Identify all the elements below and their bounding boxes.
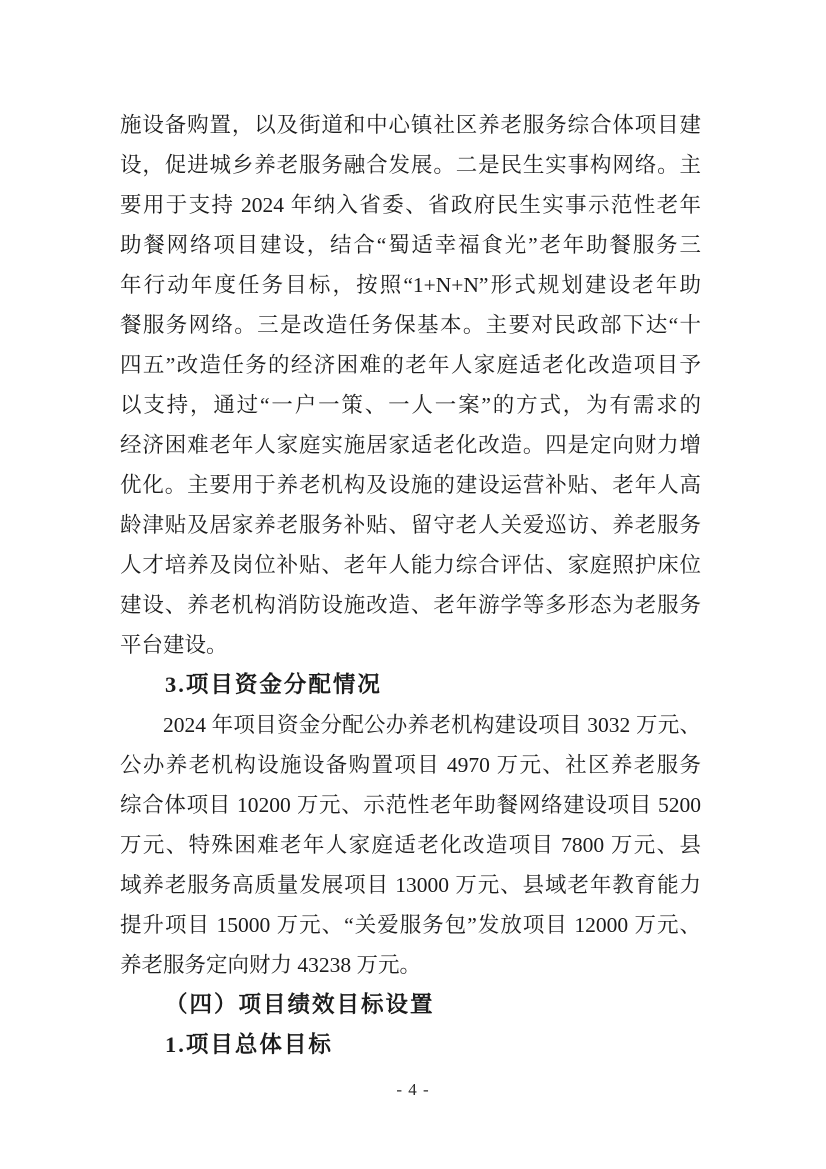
text-line: 综合体项目 10200 万元、示范性老年助餐网络建设项目 5200 (120, 785, 701, 825)
page-number: - 4 - (0, 1080, 826, 1100)
text-line: 人才培养及岗位补贴、老年人能力综合评估、家庭照护床位 (120, 545, 701, 585)
text-line: 年行动年度任务目标，按照“1+N+N”形式规划建设老年助 (120, 265, 701, 305)
document-page: 施设备购置，以及街道和中心镇社区养老服务综合体项目建设，促进城乡养老服务融合发展… (0, 0, 826, 1169)
text-line: 2024 年项目资金分配公办养老机构建设项目 3032 万元、 (120, 705, 701, 745)
heading-line: （四）项目绩效目标设置 (120, 985, 701, 1025)
text-line: 域养老服务高质量发展项目 13000 万元、县域老年教育能力 (120, 865, 701, 905)
document-text-block: 施设备购置，以及街道和中心镇社区养老服务综合体项目建设，促进城乡养老服务融合发展… (120, 105, 701, 1065)
text-line: 提升项目 15000 万元、“关爱服务包”发放项目 12000 万元、 (120, 905, 701, 945)
text-line: 万元、特殊困难老年人家庭适老化改造项目 7800 万元、县 (120, 825, 701, 865)
text-line: 要用于支持 2024 年纳入省委、省政府民生实事示范性老年 (120, 185, 701, 225)
text-line: 龄津贴及居家养老服务补贴、留守老人关爱巡访、养老服务 (120, 505, 701, 545)
text-line: 平台建设。 (120, 625, 701, 665)
text-line: 优化。主要用于养老机构及设施的建设运营补贴、老年人高 (120, 465, 701, 505)
text-line: 餐服务网络。三是改造任务保基本。主要对民政部下达“十 (120, 305, 701, 345)
text-line: 公办养老机构设施设备购置项目 4970 万元、社区养老服务 (120, 745, 701, 785)
text-line: 设，促进城乡养老服务融合发展。二是民生实事构网络。主 (120, 145, 701, 185)
text-line: 以支持，通过“一户一策、一人一案”的方式，为有需求的 (120, 385, 701, 425)
text-line: 建设、养老机构消防设施改造、老年游学等多形态为老服务 (120, 585, 701, 625)
heading-line: 3.项目资金分配情况 (120, 665, 701, 705)
text-line: 养老服务定向财力 43238 万元。 (120, 945, 701, 985)
text-line: 四五”改造任务的经济困难的老年人家庭适老化改造项目予 (120, 345, 701, 385)
text-line: 经济困难老年人家庭实施居家适老化改造。四是定向财力增 (120, 425, 701, 465)
text-line: 施设备购置，以及街道和中心镇社区养老服务综合体项目建 (120, 105, 701, 145)
text-line: 助餐网络项目建设，结合“蜀适幸福食光”老年助餐服务三 (120, 225, 701, 265)
heading-line: 1.项目总体目标 (120, 1025, 701, 1065)
